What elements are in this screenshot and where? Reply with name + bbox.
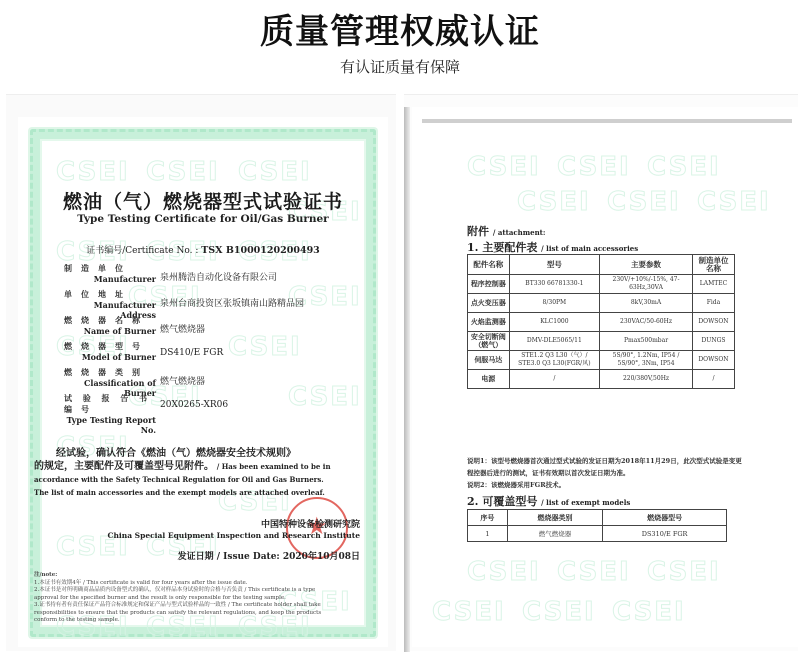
table-cell: 8/30PM — [509, 294, 599, 313]
exempt-title-en: / list of exempt models — [541, 498, 630, 507]
watermark: CSEI — [647, 152, 721, 182]
table-cell: STE1.2 Q3 L30（气）/ STE3.0 Q3 L30(FGR/风) — [509, 351, 599, 370]
watermark: CSEI — [517, 187, 591, 217]
accessories-title-en: / list of main accessories — [541, 244, 638, 253]
field-label-cn: 试验报告书编号 — [64, 393, 156, 415]
field-label: 制造单位Manufacturer — [64, 263, 156, 284]
watermark: CSEI — [467, 557, 541, 587]
certificate-field: 燃烧器型号Model of BurnerDS410/E FGR — [64, 341, 374, 367]
attachment-heading-cn: 附件 — [467, 225, 489, 238]
accessories-title-cn: 1. 主要配件表 — [467, 241, 537, 254]
note-1: 说明1：该型号燃烧器首次通过型式试验的发证日期为2018年11月29日，此次型式… — [467, 455, 742, 479]
table-cell: DOWSON — [692, 351, 734, 370]
field-label: 试验报告书编号Type Testing Report No. — [64, 393, 156, 435]
table-row: 火焰监测器KLC1000230VAC/50-60HzDOWSON — [468, 313, 735, 332]
field-value: 泉州台商投资区张坂镇南山路精品园 — [160, 296, 304, 309]
issuer-en: China Special Equipment Inspection and R… — [107, 531, 360, 540]
field-label: 燃烧器型号Model of Burner — [64, 341, 156, 362]
watermark: CSEI — [56, 157, 130, 187]
certificate-field: 燃烧器名称Name of Burner燃气燃烧器 — [64, 315, 374, 341]
table-cell: Pmax500mbar — [600, 332, 693, 351]
table-cell: DOWSON — [692, 313, 734, 332]
accessories-notes: 说明1：该型号燃烧器首次通过型式试验的发证日期为2018年11月29日，此次型式… — [467, 455, 742, 491]
watermark: CSEI — [612, 597, 686, 627]
attachment-heading-en: / attachment: — [493, 228, 546, 237]
note-item: 2.本证书是对所明确商品品质内设备型式的确认，仅对样品本身试验时的合格与否负责 … — [34, 587, 334, 602]
watermark: CSEI — [432, 597, 506, 627]
exempt-models-table: 序号燃烧器类别燃烧器型号1燃气燃烧器DS310/E FGR — [467, 509, 727, 542]
attachment-image: CSEI CSEI CSEI CSEI CSEI CSEI CSEI CSEI … — [404, 94, 798, 651]
table-cell: Fida — [692, 294, 734, 313]
issue-date: 发证日期 / Issue Date: 2020年10月08日 — [178, 549, 360, 562]
certificate-number: 证书编号/Certificate No. : TSX B100012020049… — [18, 243, 388, 256]
table-cell: 伺服马达 — [468, 351, 510, 370]
accessories-title: 1. 主要配件表 / list of main accessories — [467, 239, 638, 255]
note-2: 说明2：该燃烧器采用FGR技术。 — [467, 479, 742, 491]
column-header: 燃烧器型号 — [603, 510, 727, 526]
issue-date-label: 发证日期 / Issue Date: — [178, 552, 283, 562]
table-row: 点火变压器8/30PM8kV,30mAFida — [468, 294, 735, 313]
certificate-title-cn: 燃油（气）燃烧器型式试验证书 — [18, 187, 388, 214]
table-cell: 电源 — [468, 370, 510, 389]
watermark: CSEI — [238, 157, 312, 187]
field-label-cn: 燃烧器名称 — [64, 315, 156, 326]
table-cell: BT330 66781330-1 — [509, 275, 599, 294]
table-cell: DS310/E FGR — [603, 526, 727, 542]
field-label-en: Manufacturer — [64, 274, 156, 284]
watermark: CSEI — [557, 557, 631, 587]
watermark: CSEI — [697, 187, 771, 217]
certificate-notes: 注/note: 1.本证书有效期4年 / This certificate is… — [34, 572, 334, 625]
certificate-field: 试验报告书编号Type Testing Report No.20X0265-XR… — [64, 393, 374, 419]
table-row: 1燃气燃烧器DS310/E FGR — [468, 526, 727, 542]
column-header: 制造单位名称 — [692, 255, 734, 275]
column-header: 型号 — [509, 255, 599, 275]
watermark: CSEI — [607, 187, 681, 217]
attachment-heading: 附件 / attachment: — [467, 223, 546, 239]
certificate-number-value: TSX B1000120200493 — [201, 245, 320, 256]
watermark: CSEI — [522, 597, 596, 627]
page-subtitle: 有认证质量有保障 — [0, 56, 800, 77]
page-top-edge — [422, 119, 792, 123]
field-label-cn: 燃烧器类别 — [64, 367, 156, 378]
notes-title: 注/note: — [34, 572, 334, 580]
field-label-en: Name of Burner — [64, 326, 156, 336]
issuer-cn: 中国特种设备检测研究院 — [261, 517, 360, 530]
table-cell: DUNGS — [692, 332, 734, 351]
watermark: CSEI — [146, 157, 220, 187]
table-cell: 火焰监测器 — [468, 313, 510, 332]
table-row: 伺服马达STE1.2 Q3 L30（气）/ STE3.0 Q3 L30(FGR/… — [468, 351, 735, 370]
field-value: 燃气燃烧器 — [160, 322, 205, 335]
field-label-cn: 制造单位 — [64, 263, 156, 274]
column-header: 燃烧器类别 — [507, 510, 602, 526]
table-cell: DMV-DLE5065/11 — [509, 332, 599, 351]
certificate-image: CSEI CSEI CSEI CSEI CSEI CSEI CSEI CSEI … — [6, 94, 396, 651]
table-cell: 点火变压器 — [468, 294, 510, 313]
field-label-cn: 单位地址 — [64, 289, 156, 300]
watermark: CSEI — [647, 557, 721, 587]
certificate-field: 单位地址Manufacturer Address泉州台商投资区张坂镇南山路精品园 — [64, 289, 374, 315]
table-cell: 220/380V,50Hz — [600, 370, 693, 389]
field-value: 燃气燃烧器 — [160, 374, 205, 387]
table-cell: / — [509, 370, 599, 389]
certificate-paper: CSEI CSEI CSEI CSEI CSEI CSEI CSEI CSEI … — [18, 117, 388, 647]
certificate-number-label: 证书编号/Certificate No. : — [86, 246, 201, 256]
table-cell: 230VAC/50-60Hz — [600, 313, 693, 332]
field-label-cn: 燃烧器型号 — [64, 341, 156, 352]
page-edge-shadow — [404, 107, 410, 652]
column-header: 序号 — [468, 510, 508, 526]
table-cell: 安全切断阀（燃气） — [468, 332, 510, 351]
table-cell: 5S/90°, 1.2Nm, IP54 / 5S/90°, 3Nm, IP54 — [600, 351, 693, 370]
accessories-table: 配件名称型号主要参数制造单位名称程序控制器BT330 66781330-1230… — [467, 254, 735, 389]
table-cell: LAMTEC — [692, 275, 734, 294]
watermark: CSEI — [467, 152, 541, 182]
field-value: 泉州腾浩自动化设备有限公司 — [160, 270, 277, 283]
certificate-field: 制造单位Manufacturer泉州腾浩自动化设备有限公司 — [64, 263, 374, 289]
statement-cn-line-2: 的规定，主要配件及可覆盖型号见附件。 / Has been examined t… — [34, 460, 334, 500]
table-row: 程序控制器BT330 66781330-1230V/+10%/-15%, 47-… — [468, 275, 735, 294]
page-title: 质量管理权威认证 — [0, 4, 800, 53]
table-cell: / — [692, 370, 734, 389]
issue-date-value: 2020年10月08日 — [283, 552, 360, 562]
watermark: CSEI — [557, 152, 631, 182]
table-header-row: 序号燃烧器类别燃烧器型号 — [468, 510, 727, 526]
field-label: 燃烧器名称Name of Burner — [64, 315, 156, 336]
table-cell: 1 — [468, 526, 508, 542]
column-header: 配件名称 — [468, 255, 510, 275]
statement-cn-line-1: 经试验，确认符合《燃油（气）燃烧器安全技术规则》 — [34, 447, 334, 460]
table-cell: 燃气燃烧器 — [507, 526, 602, 542]
table-cell: 程序控制器 — [468, 275, 510, 294]
exempt-title-cn: 2. 可覆盖型号 — [467, 495, 537, 508]
attachment-paper: CSEI CSEI CSEI CSEI CSEI CSEI CSEI CSEI … — [412, 107, 798, 647]
column-header: 主要参数 — [600, 255, 693, 275]
field-label-en: Model of Burner — [64, 352, 156, 362]
certificate-statement: 经试验，确认符合《燃油（气）燃烧器安全技术规则》 的规定，主要配件及可覆盖型号见… — [34, 447, 334, 500]
field-value: DS410/E FGR — [160, 348, 223, 358]
certificate-title-en: Type Testing Certificate for Oil/Gas Bur… — [18, 213, 388, 225]
table-row: 电源/220/380V,50Hz/ — [468, 370, 735, 389]
table-cell: 8kV,30mA — [600, 294, 693, 313]
table-cell: KLC1000 — [509, 313, 599, 332]
exempt-title: 2. 可覆盖型号 / list of exempt models — [467, 493, 630, 509]
field-value: 20X0265-XR06 — [160, 400, 228, 410]
note-item: 3.证书持有者有责任保证产品符合标准规定和保证产品与型式试验样品的一致性 / T… — [34, 602, 334, 625]
note-item: 1.本证书有效期4年 / This certificate is valid f… — [34, 580, 334, 588]
table-header-row: 配件名称型号主要参数制造单位名称 — [468, 255, 735, 275]
field-label-en: Type Testing Report No. — [64, 415, 156, 435]
table-cell: 230V/+10%/-15%, 47-63Hz,30VA — [600, 275, 693, 294]
certificate-field: 燃烧器类别Classification of Burner燃气燃烧器 — [64, 367, 374, 393]
table-row: 安全切断阀（燃气）DMV-DLE5065/11Pmax500mbarDUNGS — [468, 332, 735, 351]
